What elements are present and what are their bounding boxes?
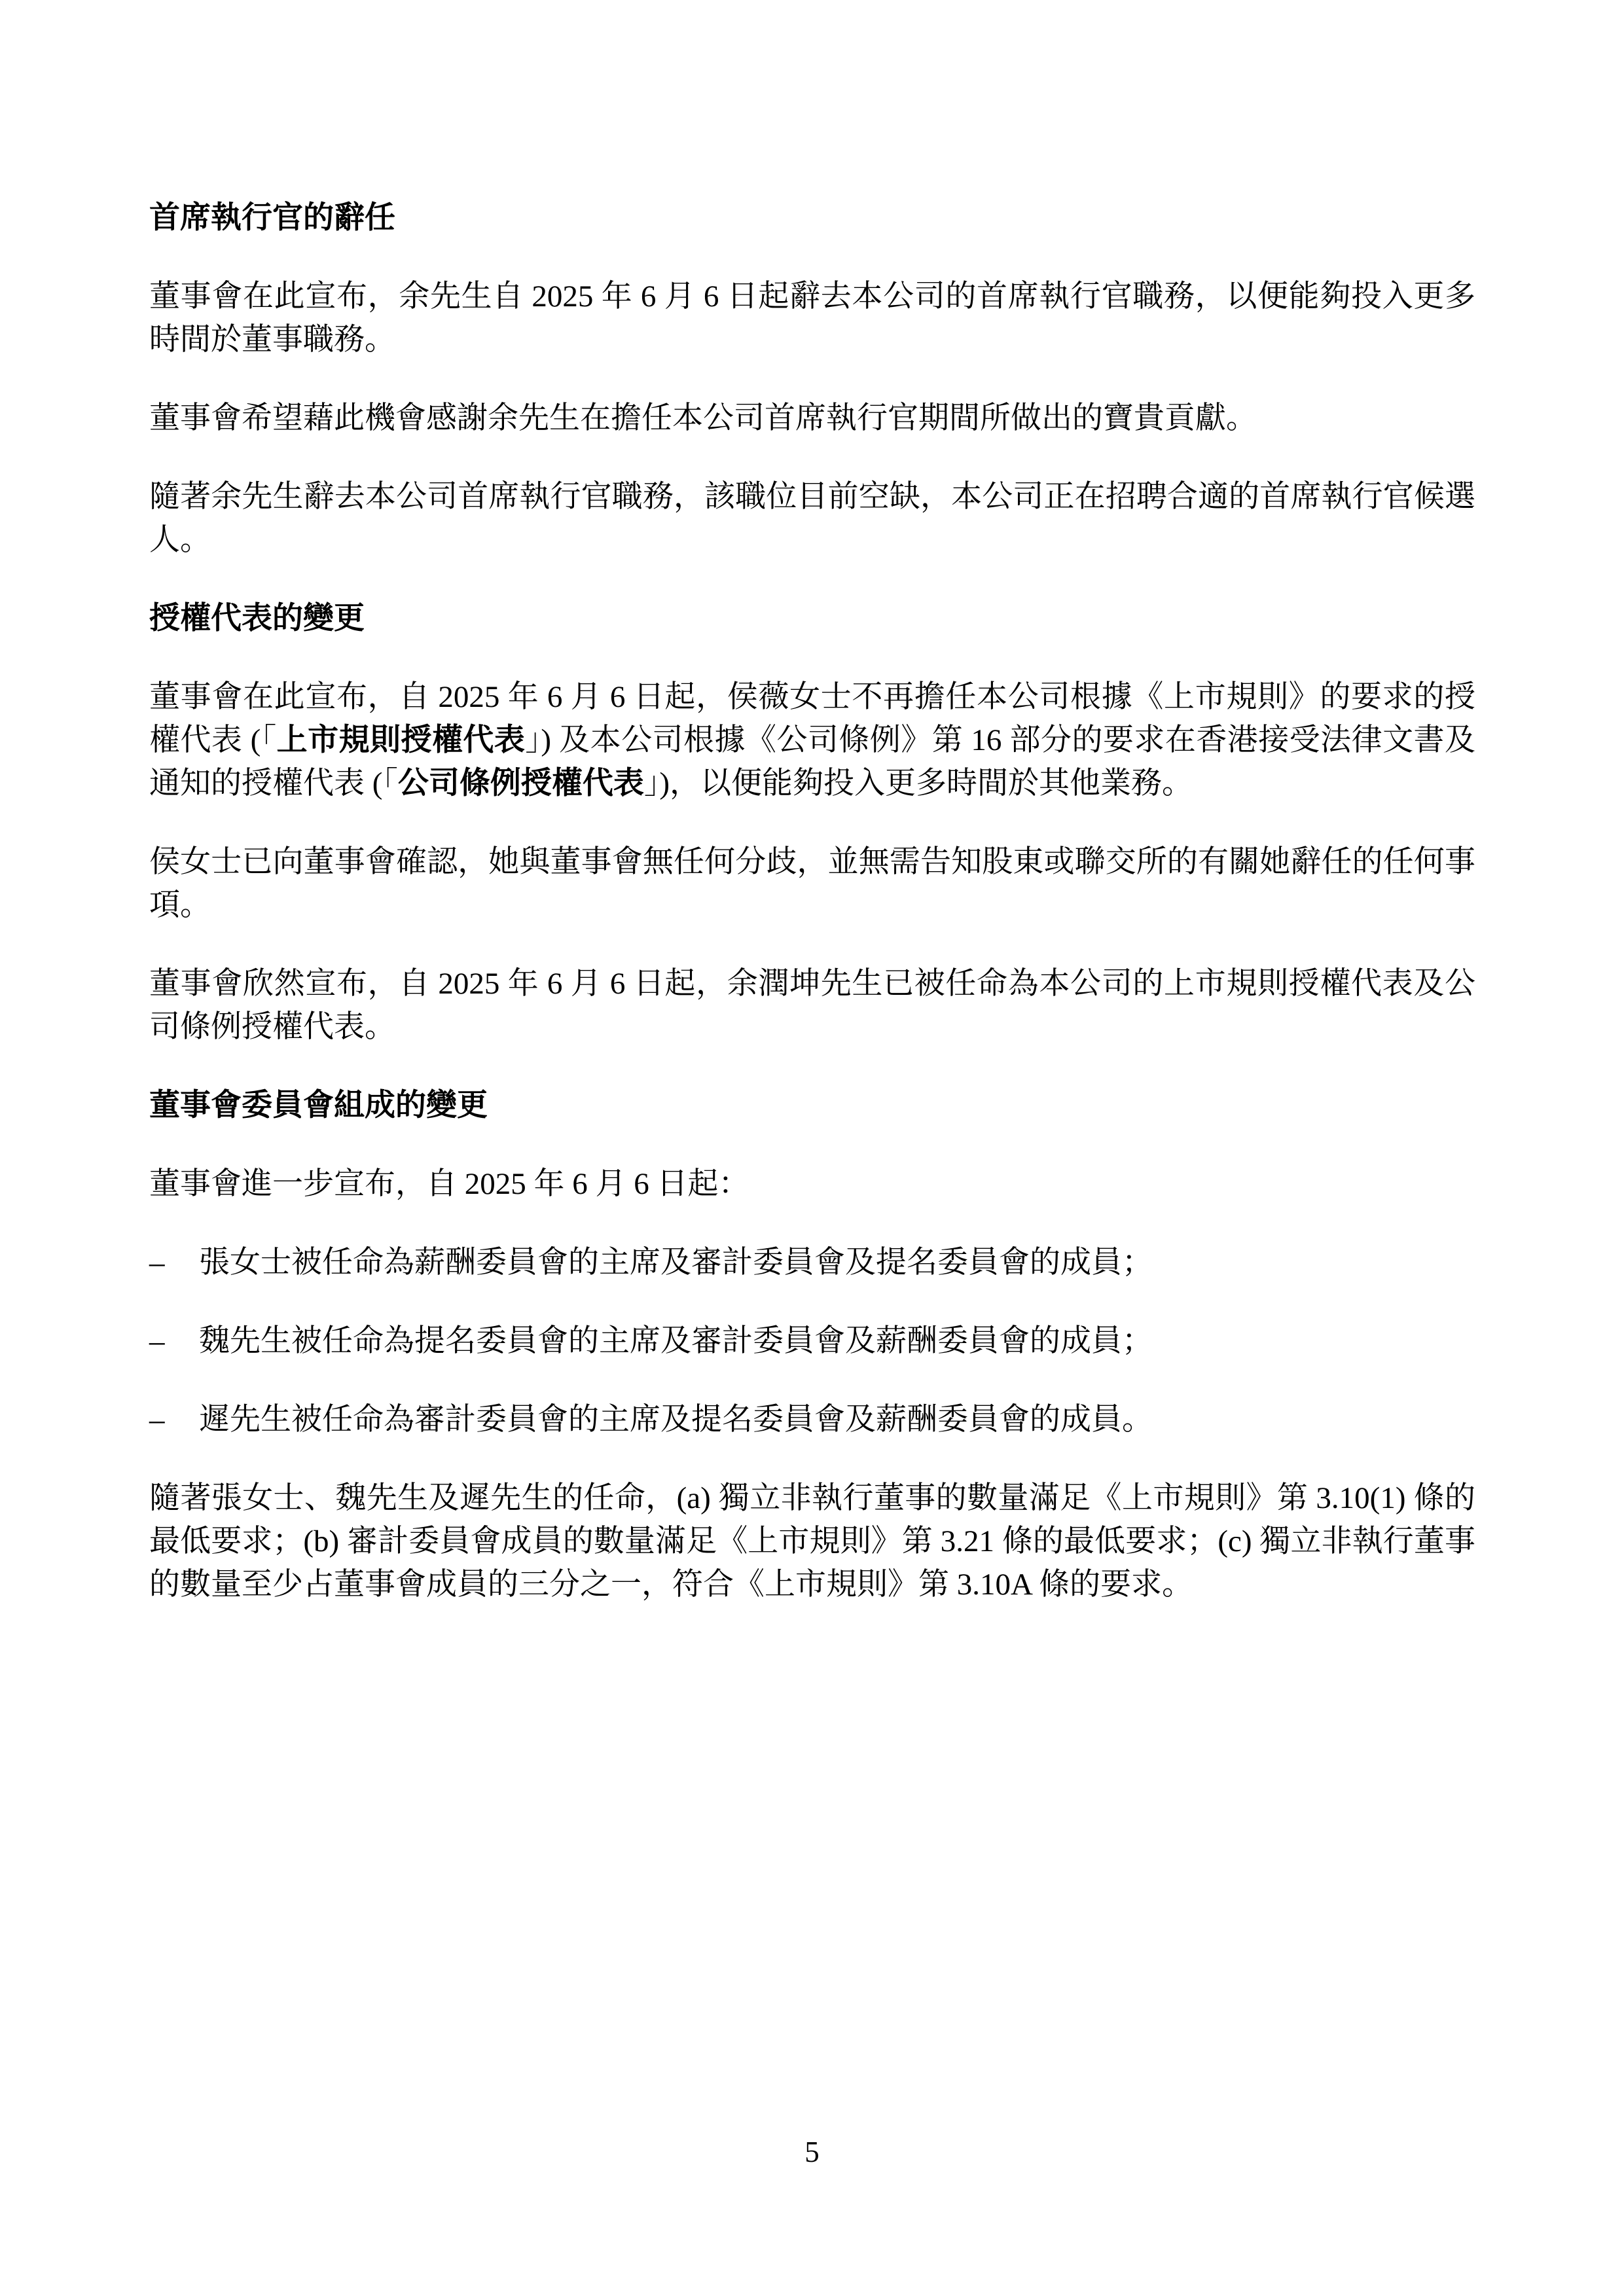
section-heading: 董事會委員會組成的變更 [149, 1084, 1475, 1127]
paragraph-text: 董事會欣然宣布，自 2025 年 6 月 6 日起，余潤坤先生已被任命為本公司的… [149, 967, 1475, 1044]
paragraph: 董事會欣然宣布，自 2025 年 6 月 6 日起，余潤坤先生已被任命為本公司的… [149, 962, 1475, 1049]
paragraph: 董事會在此宣布，余先生自 2025 年 6 月 6 日起辭去本公司的首席執行官職… [149, 275, 1475, 361]
paragraph-text: 隨著張女士、魏先生及遲先生的任命，(a) 獨立非執行董事的數量滿足《上市規則》第… [149, 1481, 1475, 1602]
list-item: –遲先生被任命為審計委員會的主席及提名委員會及薪酬委員會的成員。 [149, 1398, 1475, 1441]
document-page: 首席執行官的辭任董事會在此宣布，余先生自 2025 年 6 月 6 日起辭去本公… [0, 0, 1624, 2296]
paragraph: 董事會在此宣布，自 2025 年 6 月 6 日起，侯薇女士不再擔任本公司根據《… [149, 675, 1475, 805]
list-item-text: 張女士被任命為薪酬委員會的主席及審計委員會及提名委員會的成員； [199, 1241, 1475, 1284]
dash-list: –張女士被任命為薪酬委員會的主席及審計委員會及提名委員會的成員；–魏先生被任命為… [149, 1241, 1475, 1441]
paragraph: 董事會希望藉此機會感謝余先生在擔任本公司首席執行官期間所做出的寶貴貢獻。 [149, 397, 1475, 440]
section-heading: 首席執行官的辭任 [149, 196, 1475, 240]
paragraph-text: 董事會希望藉此機會感謝余先生在擔任本公司首席執行官期間所做出的寶貴貢獻。 [149, 401, 1257, 435]
list-item-marker: – [149, 1241, 199, 1284]
paragraph-text: 董事會進一步宣布，自 2025 年 6 月 6 日起： [149, 1167, 749, 1201]
paragraph: 隨著張女士、魏先生及遲先生的任命，(a) 獨立非執行董事的數量滿足《上市規則》第… [149, 1477, 1475, 1606]
paragraph: 侯女士已向董事會確認，她與董事會無任何分歧，並無需告知股東或聯交所的有關她辭任的… [149, 840, 1475, 927]
paragraph-text-bold: 公司條例授權代表 [398, 766, 644, 800]
page-number: 5 [0, 2132, 1624, 2172]
paragraph-text-bold: 上市規則授權代表 [277, 723, 526, 757]
section-heading: 授權代表的變更 [149, 597, 1475, 640]
list-item-marker: – [149, 1319, 199, 1363]
paragraph-text: 侯女士已向董事會確認，她與董事會無任何分歧，並無需告知股東或聯交所的有關她辭任的… [149, 845, 1475, 922]
list-item-text: 遲先生被任命為審計委員會的主席及提名委員會及薪酬委員會的成員。 [199, 1398, 1475, 1441]
list-item-marker: – [149, 1398, 199, 1441]
list-item: –張女士被任命為薪酬委員會的主席及審計委員會及提名委員會的成員； [149, 1241, 1475, 1284]
paragraph: 董事會進一步宣布，自 2025 年 6 月 6 日起： [149, 1162, 1475, 1206]
paragraph-text: 董事會在此宣布，余先生自 2025 年 6 月 6 日起辭去本公司的首席執行官職… [149, 279, 1475, 357]
paragraph: 隨著余先生辭去本公司首席執行官職務，該職位目前空缺，本公司正在招聘合適的首席執行… [149, 475, 1475, 562]
paragraph-text: 」)，以便能夠投入更多時間於其他業務。 [644, 766, 1193, 800]
list-item: –魏先生被任命為提名委員會的主席及審計委員會及薪酬委員會的成員； [149, 1319, 1475, 1363]
list-item-text: 魏先生被任命為提名委員會的主席及審計委員會及薪酬委員會的成員； [199, 1319, 1475, 1363]
document-content: 首席執行官的辭任董事會在此宣布，余先生自 2025 年 6 月 6 日起辭去本公… [149, 196, 1475, 1641]
paragraph-text: 隨著余先生辭去本公司首席執行官職務，該職位目前空缺，本公司正在招聘合適的首席執行… [149, 480, 1475, 557]
